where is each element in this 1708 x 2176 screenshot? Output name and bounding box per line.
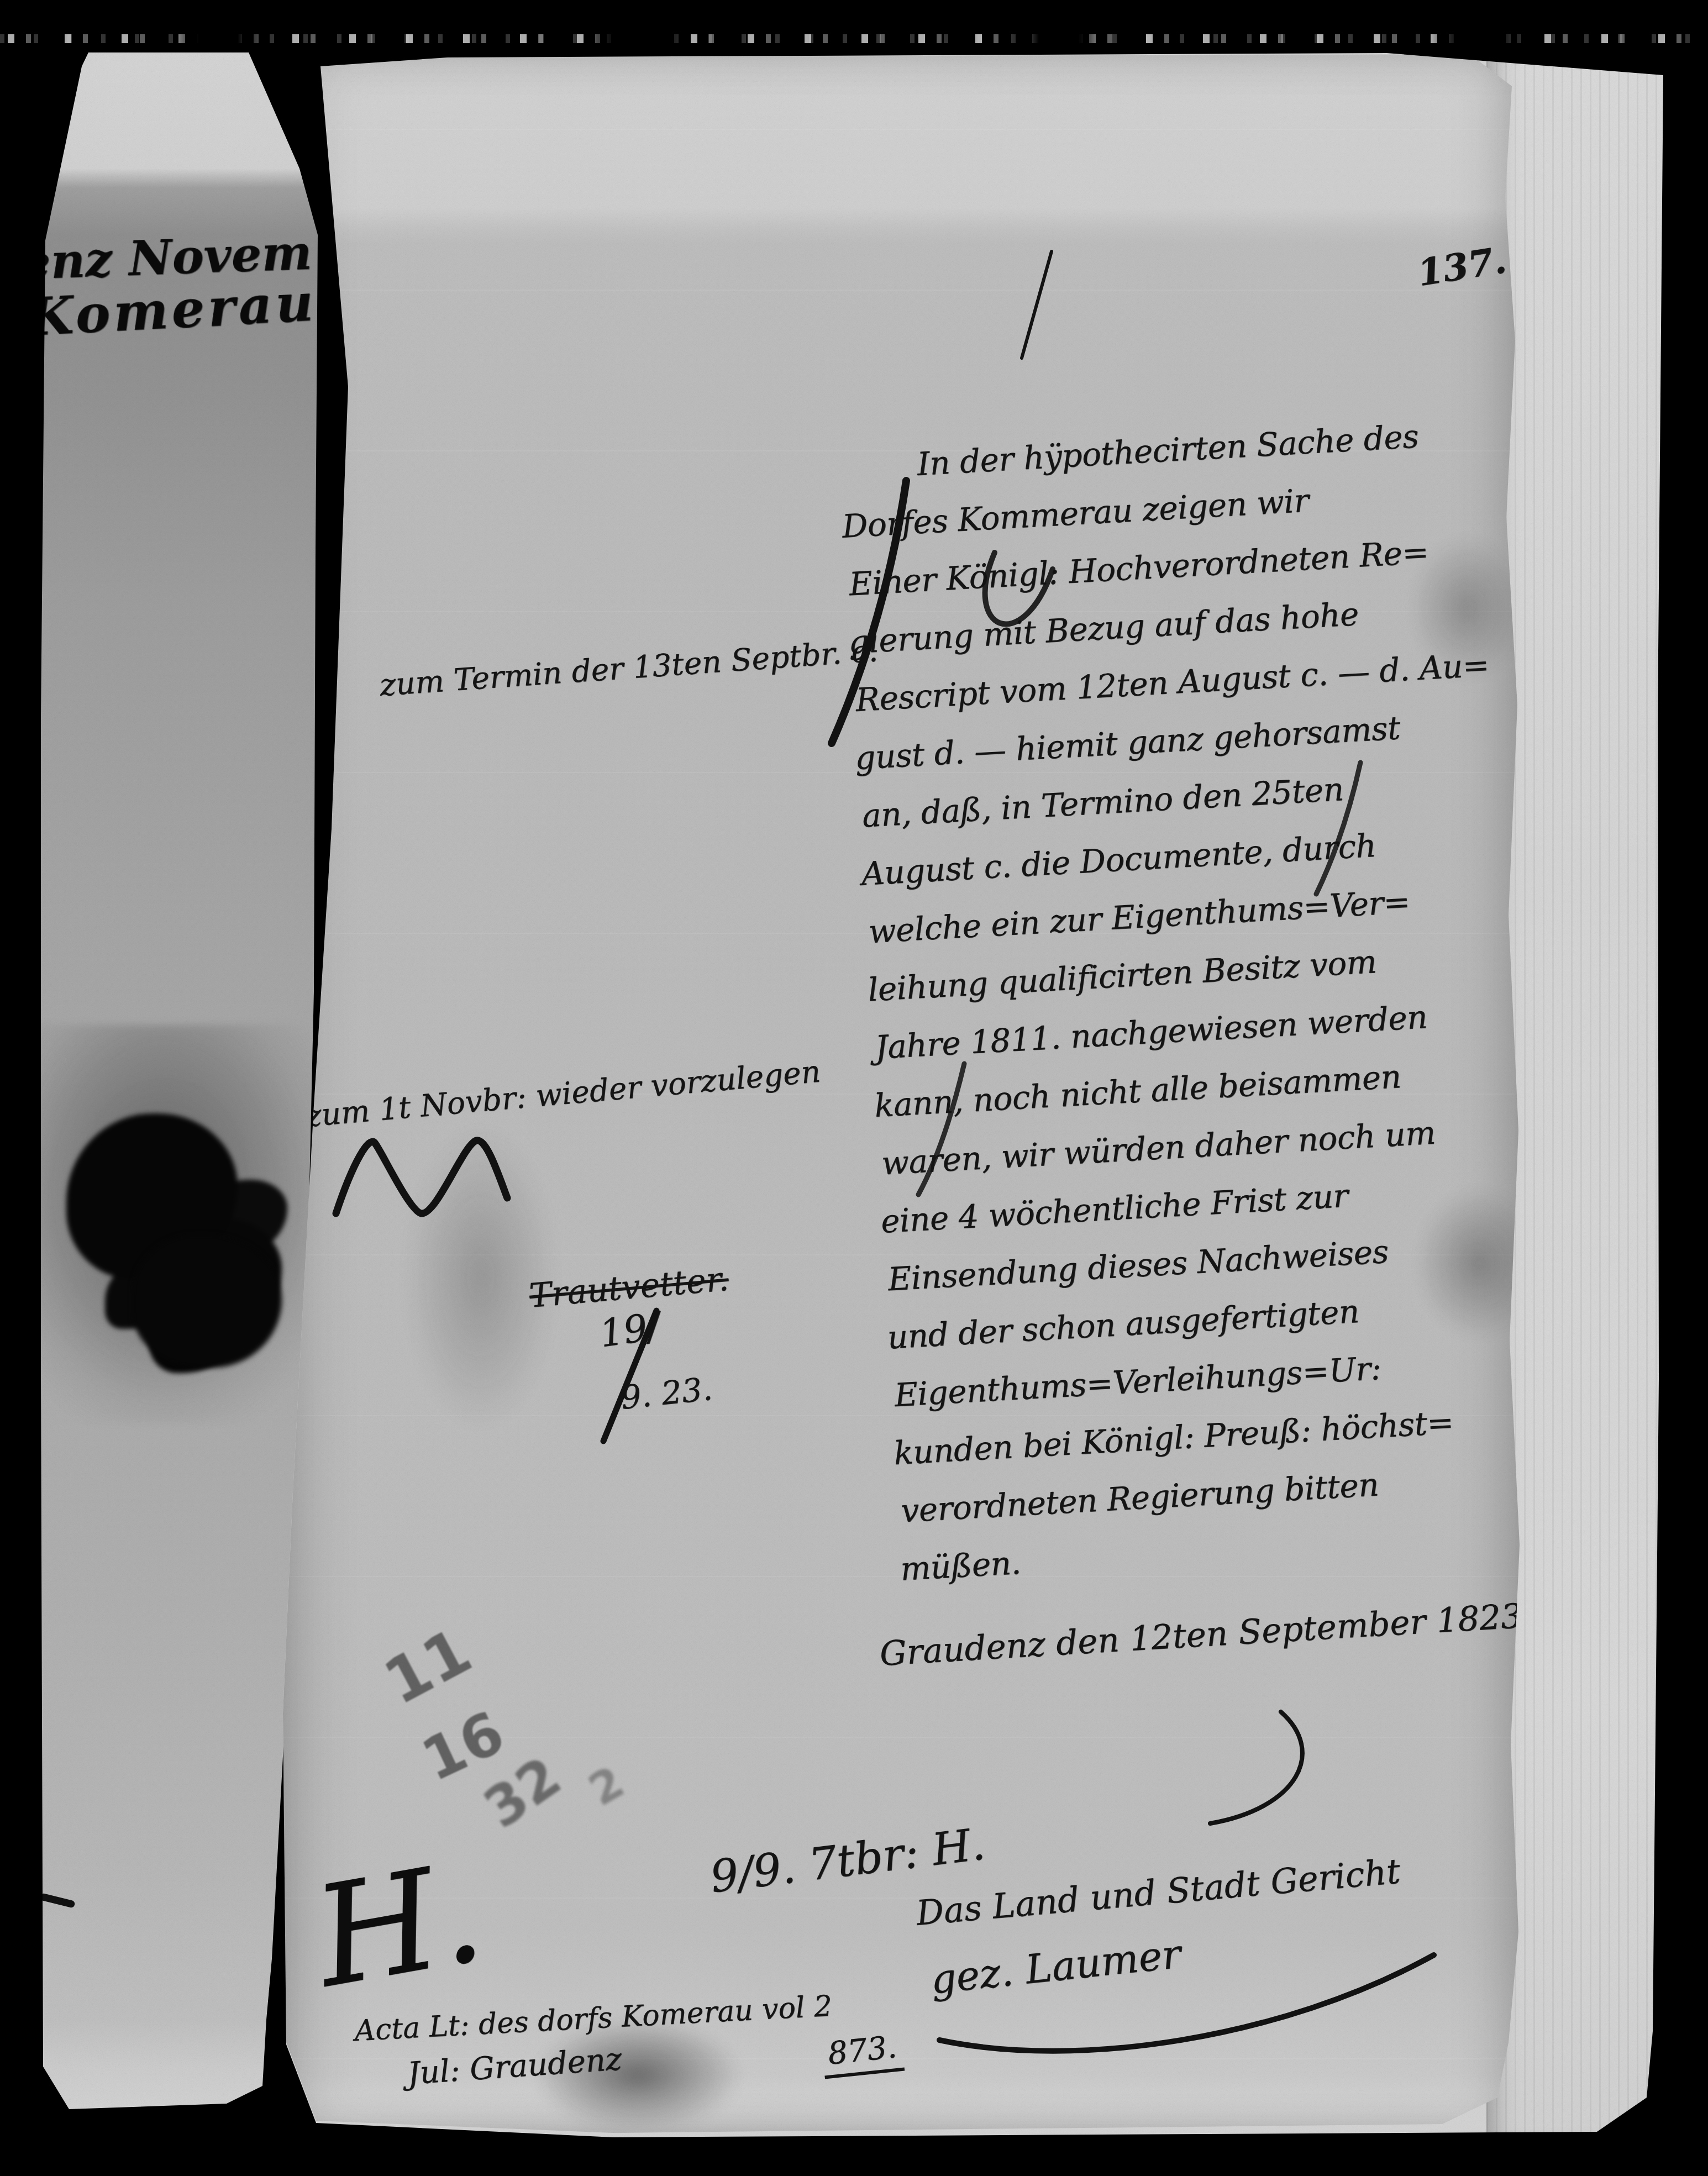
dateline: Graudenz den 12ten September 1823. [879, 1596, 1534, 1674]
pencil-mark: 11 [373, 1615, 483, 1719]
ink-blot-core [133, 1235, 282, 1368]
clerk-signature: Trautvetter. [528, 1259, 730, 1315]
microfilm-scan: { "palette":{"background":"#000000","pap… [0, 0, 1708, 2176]
court-signature: gez. Laumer [928, 1930, 1183, 2002]
margin-note-resubmit: zum 1t Novbr: wieder vorzulegen [304, 1053, 822, 1133]
margin-note-term: zum Termin der 13ten Septbr. c. [379, 633, 879, 703]
verso-page-strip: enz Novem Komerau [17, 52, 323, 2111]
clerk-date-denominator: 9. 23. [619, 1370, 714, 1417]
film-noise-band [0, 34, 1708, 43]
large-initial: H. [304, 1831, 494, 2018]
ink-stroke-mark [39, 1893, 75, 1908]
archive-note-line: Jul: Graudenz [406, 2041, 623, 2092]
archive-number: 873. [821, 2028, 905, 2079]
page-number: 137. [1415, 238, 1509, 295]
ink-blot [50, 1053, 309, 1395]
clerk-date-numerator: 19/ [597, 1305, 663, 1356]
page-stack: 137. In der hÿpothecirten Sache des Dorf… [282, 53, 1666, 2142]
pencil-mark: 2 [580, 1756, 633, 1816]
court-closing-line: Das Land und Stadt Gericht [915, 1851, 1402, 1933]
letter-page: 137. In der hÿpothecirten Sache des Dorf… [282, 53, 1531, 2135]
letter-body: In der hÿpothecirten Sache des Dorfes Ko… [837, 404, 1539, 1599]
